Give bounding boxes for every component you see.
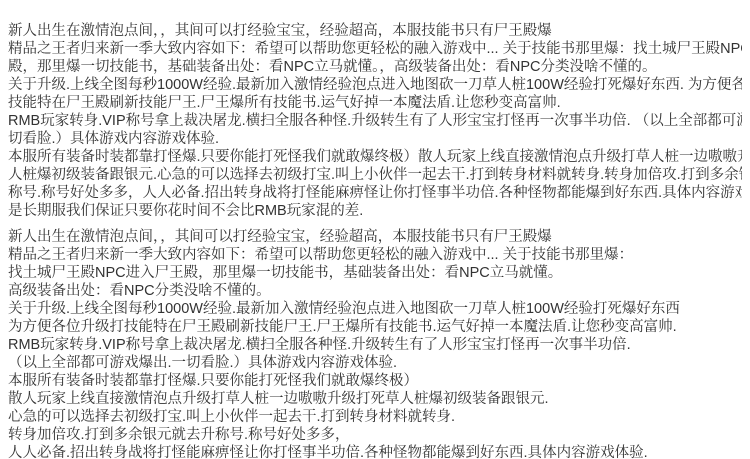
text-line: 是长期服我们保证只要你花时间不会比RMB玩家混的差.: [8, 202, 742, 220]
text-line: 高级装备出处：看NPC分类没啥不懂的。: [8, 282, 742, 300]
text-line: 称号.称号好处多多，人人必备.招出转身战将打怪能麻痹怪让你打怪事半功倍.各种怪物…: [8, 184, 742, 202]
text-line: 关于升级.上线全图每秒1000W经验.最新加入激情经验泡点进入地图砍一刀草人桩1…: [8, 76, 742, 94]
text-line: RMB玩家转身.VIP称号拿上裁决屠龙.横扫全服各种怪.升级转生有了人形宝宝打怪…: [8, 336, 742, 354]
text-line: 新人出生在激情泡点间，，其间可以打经验宝宝，经验超高，本服技能书只有尸王殿爆: [8, 22, 742, 40]
paragraph-block-1: 新人出生在激情泡点间，，其间可以打经验宝宝，经验超高，本服技能书只有尸王殿爆精品…: [8, 22, 742, 220]
document-body: 超神麻痹 \ 无限毒 \ N.e.w 新一代单职业 新人出生在激情泡点间，，其间…: [0, 0, 750, 459]
text-line: 精品之王者归来新一季大致内容如下：希望可以帮助您更轻松的融入游戏中... 关于技…: [8, 40, 742, 58]
text-line: 殿，那里爆一切技能书，基础装备出处：看NPC立马就懂。，高级装备出处：看NPC分…: [8, 58, 742, 76]
text-line: 人人必备.招出转身战将打怪能麻痹怪让你打怪事半功倍.各种怪物都能爆到好东西.具体…: [8, 444, 742, 459]
text-line: 人桩爆初级装备跟银元.心急的可以选择去初级打宝.叫上小伙伴一起去干.打到转身材料…: [8, 166, 742, 184]
text-line: 关于升级.上线全图每秒1000W经验.最新加入激情经验泡点进入地图砍一刀草人桩1…: [8, 300, 742, 318]
text-line: 找土城尸王殿NPC进入尸王殿，那里爆一切技能书，基础装备出处：看NPC立马就懂。: [8, 264, 742, 282]
text-line: 新人出生在激情泡点间，，其间可以打经验宝宝，经验超高，本服技能书只有尸王殿爆: [8, 228, 742, 246]
text-line: 精品之王者归来新一季大致内容如下：希望可以帮助您更轻松的融入游戏中... 关于技…: [8, 246, 742, 264]
text-line: 本服所有装备时装都靠打怪爆.只要你能打死怪我们就敢爆终极）: [8, 372, 742, 390]
page-title: 超神麻痹 \ 无限毒 \ N.e.w 新一代单职业: [8, 4, 742, 22]
text-line: 本服所有装备时装都靠打怪爆.只要你能打死怪我们就敢爆终极）散人玩家上线直接激情泡…: [8, 148, 742, 166]
text-line: RMB玩家转身.VIP称号拿上裁决屠龙.横扫全服各种怪.升级转生有了人形宝宝打怪…: [8, 112, 742, 130]
text-line: 转身加倍攻.打到多余银元就去升称号.称号好处多多，: [8, 426, 742, 444]
text-line: 切看脸.）具体游戏内容游戏体验.: [8, 130, 742, 148]
text-line: 散人玩家上线直接激情泡点升级打草人桩一边嗷嗷升级打死草人桩爆初级装备跟银元.: [8, 390, 742, 408]
text-line: 技能特在尸王殿刷新技能尸王.尸王爆所有技能书.运气好掉一本魔法盾.让您秒变高富帅…: [8, 94, 742, 112]
text-line: 为方便各位升级打技能特在尸王殿刷新技能尸王.尸王爆所有技能书.运气好掉一本魔法盾…: [8, 318, 742, 336]
paragraph-gap: [8, 220, 742, 228]
text-line: 心急的可以选择去初级打宝.叫上小伙伴一起去干.打到转身材料就转身.: [8, 408, 742, 426]
text-line: （以上全部都可游戏爆出.一切看脸.）具体游戏内容游戏体验.: [8, 354, 742, 372]
paragraph-block-2: 新人出生在激情泡点间，，其间可以打经验宝宝，经验超高，本服技能书只有尸王殿爆精品…: [8, 228, 742, 459]
